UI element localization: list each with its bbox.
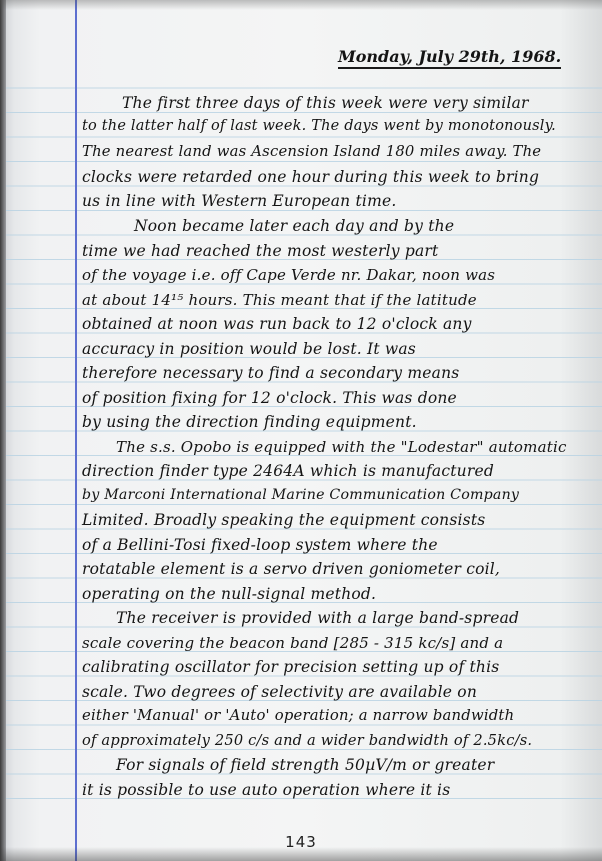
text-line: accuracy in position would be lost. It w… bbox=[82, 340, 416, 358]
text-line: it is possible to use auto operation whe… bbox=[82, 781, 450, 799]
text-line: time we had reached the most westerly pa… bbox=[82, 242, 438, 260]
text-line: scale. Two degrees of selectivity are av… bbox=[82, 683, 477, 701]
text-line: The first three days of this week were v… bbox=[122, 94, 529, 112]
text-line: Noon became later each day and by the bbox=[134, 217, 454, 235]
text-line: at about 14¹⁵ hours. This meant that if … bbox=[82, 291, 477, 309]
text-line: of position fixing for 12 o'clock. This … bbox=[82, 389, 457, 407]
text-line: of the voyage i.e. off Cape Verde nr. Da… bbox=[82, 266, 495, 284]
text-line: obtained at noon was run back to 12 o'cl… bbox=[82, 315, 472, 333]
page-number: 143 bbox=[0, 833, 602, 851]
top-edge-shadow bbox=[0, 0, 602, 10]
text-line: clocks were retarded one hour during thi… bbox=[82, 168, 539, 186]
text-line: The s.s. Opobo is equipped with the "Lod… bbox=[116, 438, 567, 456]
date-heading: Monday, July 29th, 1968. bbox=[338, 47, 561, 69]
text-line: The nearest land was Ascension Island 18… bbox=[82, 143, 541, 160]
text-line: Limited. Broadly speaking the equipment … bbox=[82, 511, 485, 529]
text-line: by Marconi International Marine Communic… bbox=[82, 487, 519, 503]
text-line: calibrating oscillator for precision set… bbox=[82, 658, 499, 676]
text-line: us in line with Western European time. bbox=[82, 192, 396, 210]
text-line: scale covering the beacon band [285 - 31… bbox=[82, 634, 503, 652]
text-line: rotatable element is a servo driven goni… bbox=[82, 560, 500, 578]
text-line: of a Bellini-Tosi fixed-loop system wher… bbox=[82, 536, 438, 554]
text-line: of approximately 250 c/s and a wider ban… bbox=[82, 732, 532, 749]
text-line: therefore necessary to find a secondary … bbox=[82, 364, 459, 382]
text-line: direction finder type 2464A which is man… bbox=[82, 462, 494, 480]
text-line: For signals of field strength 50µV/m or … bbox=[116, 756, 494, 774]
text-line: operating on the null-signal method. bbox=[82, 585, 376, 603]
notebook-page: Monday, July 29th, 1968. The first three… bbox=[0, 0, 602, 861]
page-binding-edge bbox=[0, 0, 6, 861]
margin-line bbox=[75, 0, 77, 861]
text-line: The receiver is provided with a large ba… bbox=[116, 609, 519, 627]
text-line: by using the direction finding equipment… bbox=[82, 413, 417, 431]
text-line: either 'Manual' or 'Auto' operation; a n… bbox=[82, 707, 514, 724]
text-line: to the latter half of last week. The day… bbox=[82, 118, 556, 134]
